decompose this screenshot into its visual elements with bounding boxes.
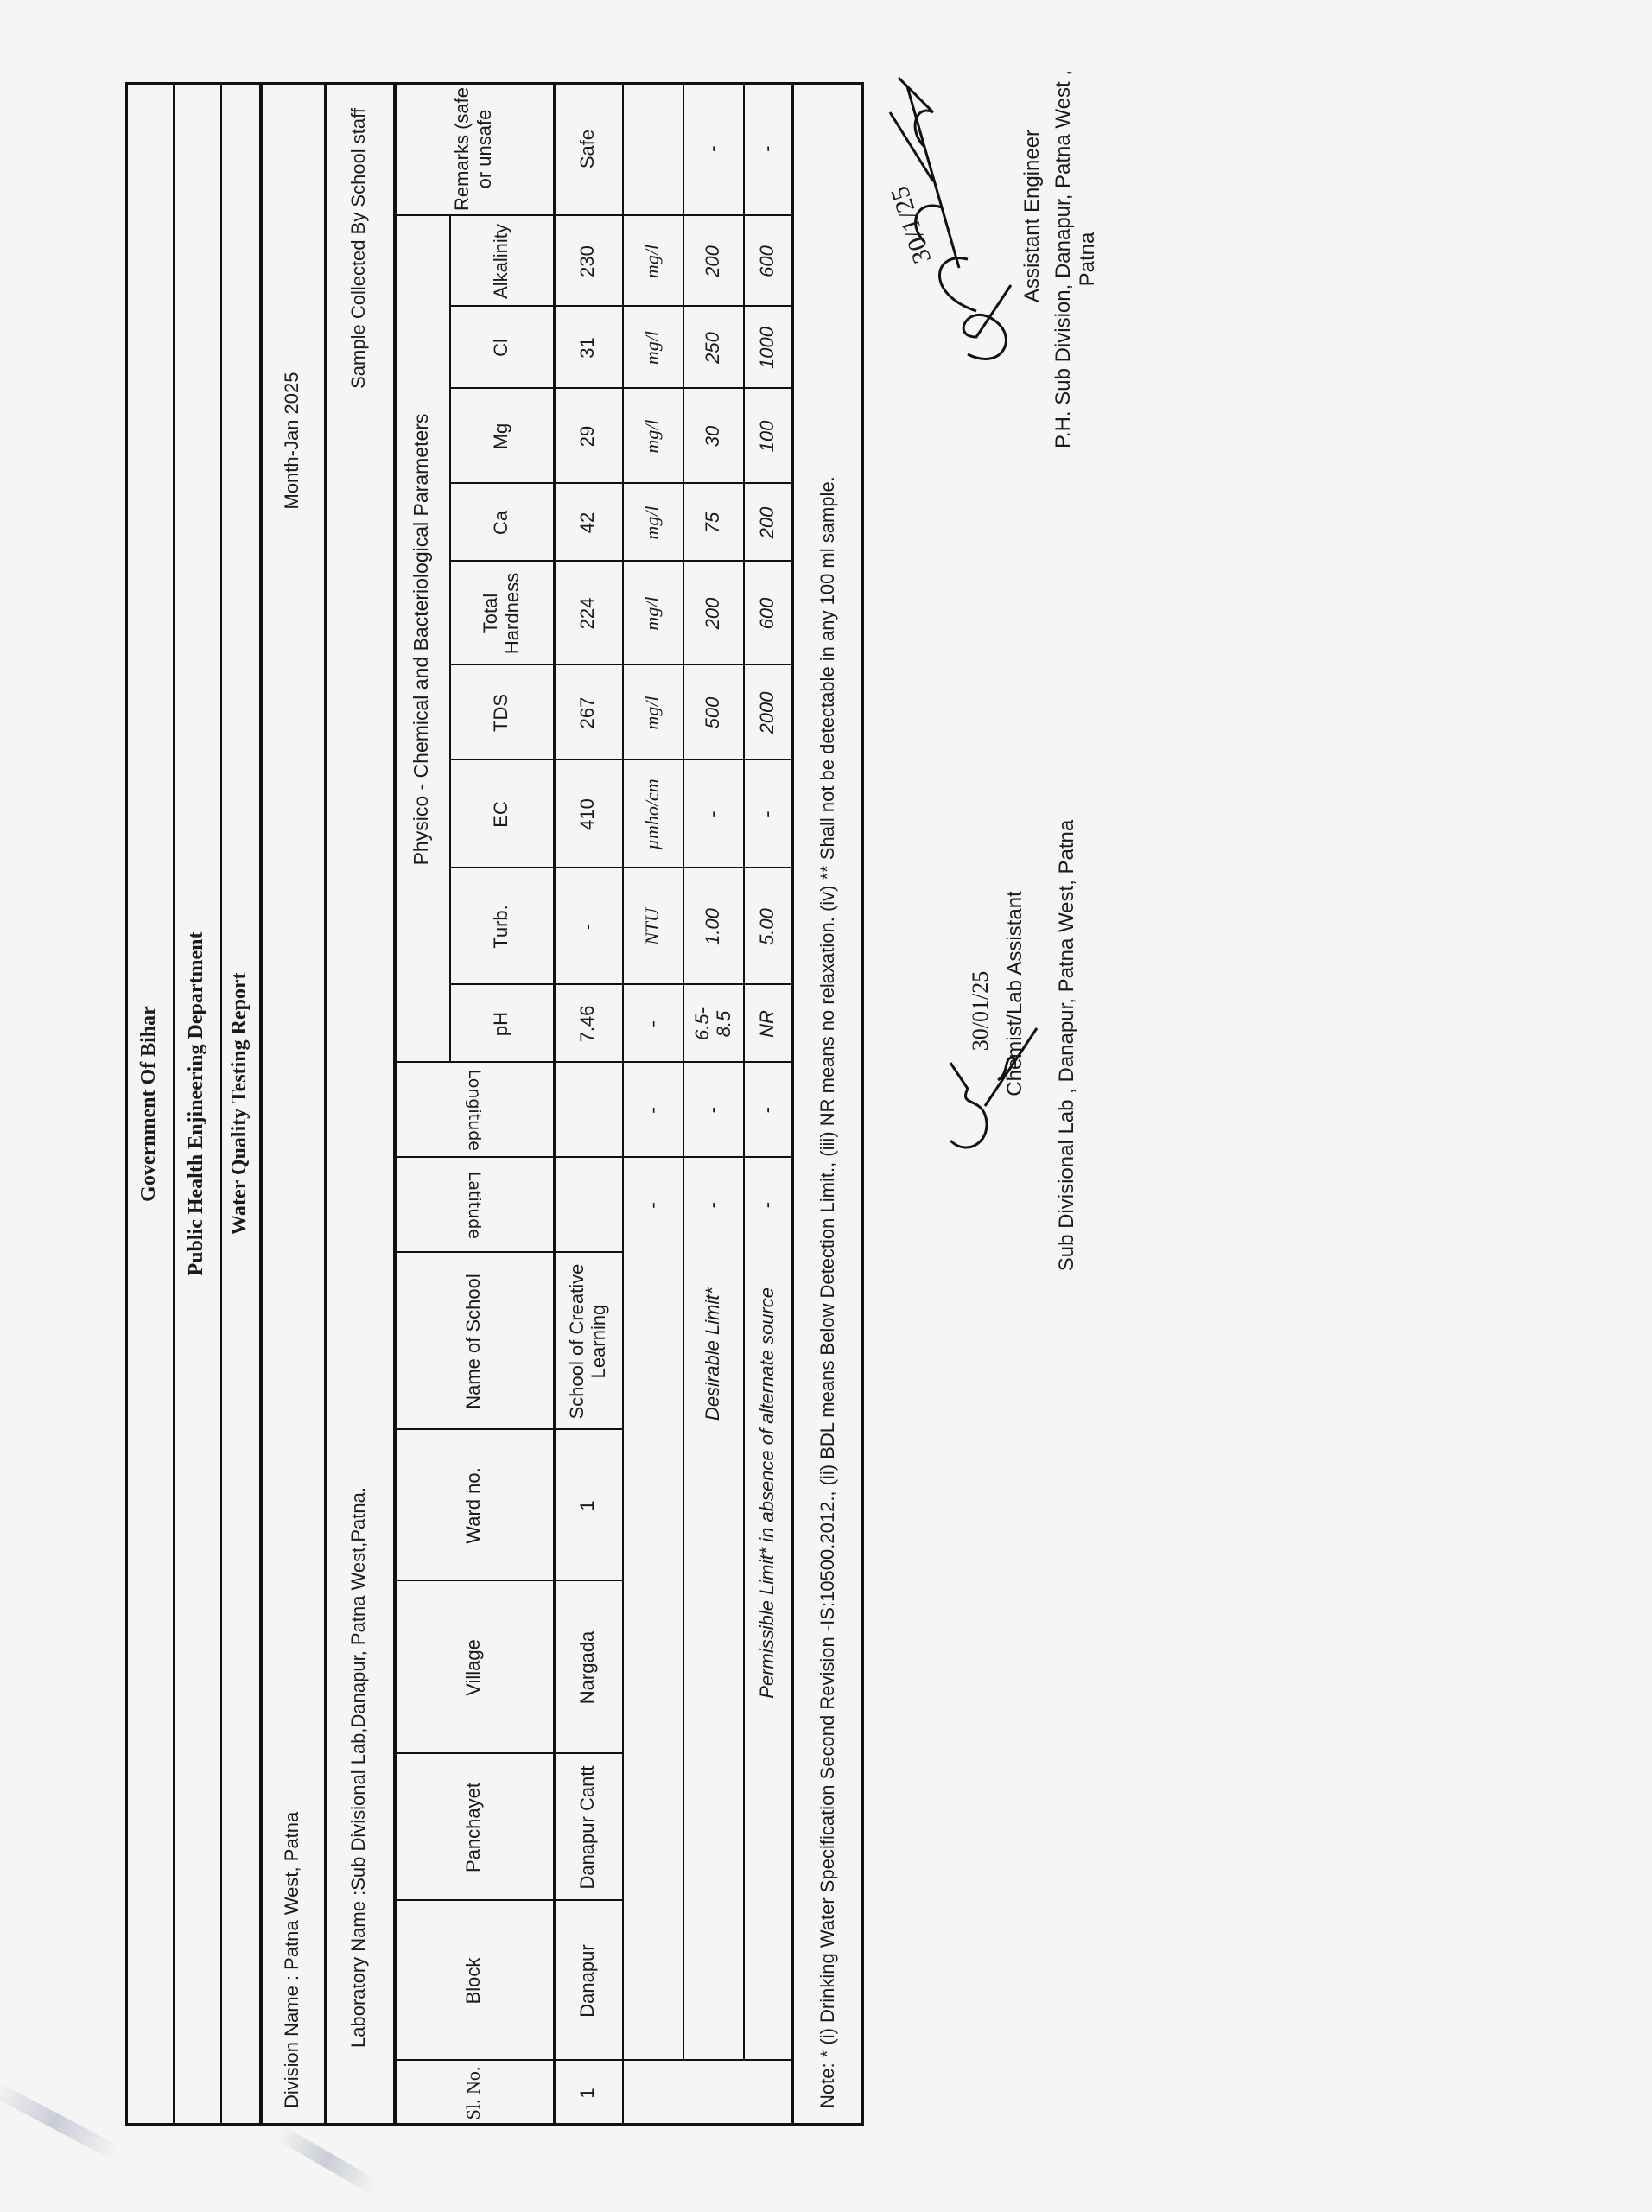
unit-latitude: - — [622, 1158, 683, 1253]
row-cell-ph: 7.46 — [553, 985, 622, 1063]
permissible-ec: - — [743, 760, 791, 868]
assistant-engineer-office: P.H. Sub Division, Danapur, Patna West ,… — [1058, 43, 1093, 475]
desirable-longitude: - — [683, 1063, 743, 1158]
desirable-limit-label: Desirable Limit* — [683, 1253, 743, 2061]
header-report-title: Water Quality Testing Report — [220, 82, 259, 2126]
desirable-cl: 250 — [683, 307, 743, 389]
permissible-limit-label: Permissible Limit* in absence of alterna… — [743, 1253, 791, 2061]
col-header-alkalinity: Alkalinity — [449, 216, 553, 307]
row-cell-block: Danapur — [553, 1901, 622, 2061]
row-cell-school: School of Creative Learning — [553, 1253, 622, 1430]
row-cell-panchayet: Danapur Cantt — [553, 1754, 622, 1901]
col-header-panchayet: Panchayet — [393, 1754, 553, 1901]
lab-assistant-office: Sub Divisional Lab , Danapur, Patna West… — [1050, 786, 1084, 1305]
row-cell-tds: 267 — [553, 665, 622, 760]
col-header-turb: Turb. — [449, 868, 553, 985]
col-header-total-hardness: Total Hardness — [449, 562, 553, 665]
permissible-total-hardness: 600 — [743, 562, 791, 665]
row-cell-turb: - — [553, 868, 622, 985]
unit-tds: mg/l — [622, 665, 683, 760]
unit-remarks — [622, 82, 683, 216]
col-header-latitude: Latitude — [393, 1158, 553, 1253]
scan-smudge — [0, 2082, 119, 2160]
unit-ca: mg/l — [622, 484, 683, 562]
desirable-ph: 6.5-8.5 — [683, 985, 743, 1063]
row-cell-ward-no: 1 — [553, 1430, 622, 1581]
unit-mg: mg/l — [622, 389, 683, 484]
lab-assistant-sign-date: 30/01/25 — [963, 933, 998, 1089]
unit-alkalinity: mg/l — [622, 216, 683, 307]
col-header-ward-no: Ward no. — [393, 1430, 553, 1581]
division-name: Division Name : Patna West, Patna — [259, 1089, 324, 2126]
col-header-sl-no: Sl. No. — [393, 2061, 553, 2126]
row-cell-latitude — [553, 1158, 622, 1253]
permissible-cl: 1000 — [743, 307, 791, 389]
permissible-latitude: - — [743, 1158, 791, 1253]
col-header-tds: TDS — [449, 665, 553, 760]
col-header-village: Village — [393, 1581, 553, 1754]
permissible-ph: NR — [743, 985, 791, 1063]
row-cell-ec: 410 — [553, 760, 622, 868]
row-cell-longitude — [553, 1063, 622, 1158]
desirable-ca: 75 — [683, 484, 743, 562]
permissible-ca: 200 — [743, 484, 791, 562]
desirable-latitude: - — [683, 1158, 743, 1253]
col-header-school: Name of School — [393, 1253, 553, 1430]
row-cell-remarks: Safe — [553, 82, 622, 216]
desirable-alkalinity: 200 — [683, 216, 743, 307]
permissible-alkalinity: 600 — [743, 216, 791, 307]
row-cell-sl-no: 1 — [553, 2061, 622, 2126]
col-header-longitude: Longitude — [393, 1063, 553, 1158]
scan-smudge — [274, 2125, 379, 2195]
col-header-cl: Cl — [449, 307, 553, 389]
row-cell-cl: 31 — [553, 307, 622, 389]
unit-total-hardness: mg/l — [622, 562, 683, 665]
col-header-block: Block — [393, 1901, 553, 2061]
desirable-turb: 1.00 — [683, 868, 743, 985]
header-government: Government Of Bihar — [125, 82, 173, 2126]
col-header-ec: EC — [449, 760, 553, 868]
row-cell-total-hardness: 224 — [553, 562, 622, 665]
desirable-total-hardness: 200 — [683, 562, 743, 665]
lab-assistant-title: Chemist/Lab Assistant — [998, 855, 1032, 1132]
row-cell-ca: 42 — [553, 484, 622, 562]
col-header-ph: pH — [449, 985, 553, 1063]
permissible-tds: 2000 — [743, 665, 791, 760]
header-department: Public Health Enjineering Department — [173, 82, 220, 2126]
desirable-mg: 30 — [683, 389, 743, 484]
permissible-longitude: - — [743, 1063, 791, 1158]
permissible-mg: 100 — [743, 389, 791, 484]
col-header-remarks: Remarks (safe or unsafe — [393, 82, 553, 216]
assistant-engineer-title: Assistant Engineer — [1015, 86, 1050, 346]
table-note: Note: * (i) Drinking Water Specification… — [791, 82, 864, 2126]
desirable-remarks: - — [683, 82, 743, 216]
unit-cl: mg/l — [622, 307, 683, 389]
desirable-tds: 500 — [683, 665, 743, 760]
desirable-ec: - — [683, 760, 743, 868]
laboratory-name: Laboratory Name :Sub Divisional Lab,Dana… — [324, 916, 393, 2126]
row-cell-mg: 29 — [553, 389, 622, 484]
unit-longitude: - — [622, 1063, 683, 1158]
parameters-group-header: Physico - Chemical and Bacteriological P… — [393, 216, 449, 1063]
sample-collected-by: Sample Collected By School staff — [324, 82, 393, 570]
col-header-ca: Ca — [449, 484, 553, 562]
permissible-turb: 5.00 — [743, 868, 791, 985]
unit-ec: µmho/cm — [622, 760, 683, 868]
col-header-mg: Mg — [449, 389, 553, 484]
row-cell-village: Nargada — [553, 1581, 622, 1754]
unit-turb: NTU — [622, 868, 683, 985]
unit-ph: - — [622, 985, 683, 1063]
permissible-remarks: - — [743, 82, 791, 216]
document-page: Government Of Bihar Public Health Enjine… — [0, 0, 1652, 2212]
report-month: Month-Jan 2025 — [259, 311, 324, 570]
row-cell-alkalinity: 230 — [553, 216, 622, 307]
